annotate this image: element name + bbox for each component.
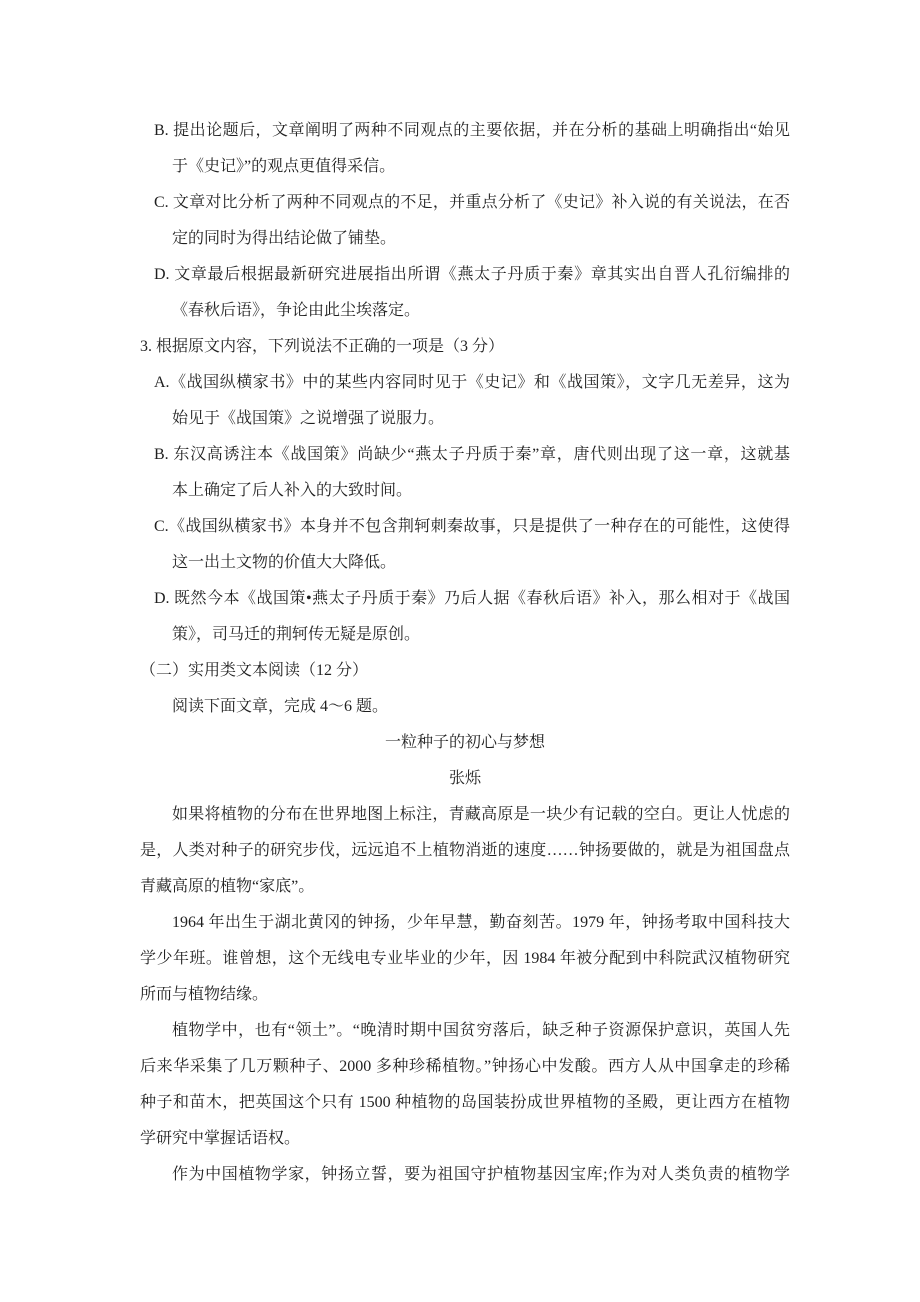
para-3-line-2: 后来华采集了几万颗种子、2000 多种珍稀植物。”钟扬心中发酸。西方人从中国拿走… <box>140 1049 790 1085</box>
option-2C-line2: 定的同时为得出结论做了铺垫。 <box>140 221 790 257</box>
article-author: 张烁 <box>140 761 790 797</box>
para-2-line-3: 所而与植物结缘。 <box>140 977 790 1013</box>
para-3-line-3: 种子和苗木，把英国这个只有 1500 种植物的岛国装扮成世界植物的圣殿，更让西方… <box>140 1085 790 1121</box>
option-2B-line2: 于《史记》”的观点更值得采信。 <box>140 149 790 185</box>
exam-page: B. 提出论题后，文章阐明了两种不同观点的主要依据，并在分析的基础上明确指出“始… <box>0 0 920 1302</box>
exam-text-block: B. 提出论题后，文章阐明了两种不同观点的主要依据，并在分析的基础上明确指出“始… <box>140 113 790 1193</box>
option-3C-line1: C.《战国纵横家书》本身并不包含荆轲刺秦故事，只是提供了一种存在的可能性，这使得 <box>140 509 790 545</box>
para-1-line-3: 青藏高原的植物“家底”。 <box>140 869 790 905</box>
para-2-line-1: 1964 年出生于湖北黄冈的钟扬，少年早慧，勤奋刻苦。1979 年，钟扬考取中国… <box>140 905 790 941</box>
para-3-line-1: 植物学中，也有“领土”。“晚清时期中国贫穷落后，缺乏种子资源保护意识，英国人先 <box>140 1013 790 1049</box>
section-heading: （二）实用类文本阅读（12 分） <box>140 653 790 689</box>
article-title: 一粒种子的初心与梦想 <box>140 725 790 761</box>
option-3C-line2: 这一出土文物的价值大大降低。 <box>140 545 790 581</box>
para-1-line-1: 如果将植物的分布在世界地图上标注，青藏高原是一块少有记载的空白。更让人忧虑的 <box>140 797 790 833</box>
option-3B-line1: B. 东汉高诱注本《战国策》尚缺少“燕太子丹质于秦”章，唐代则出现了这一章，这就… <box>140 437 790 473</box>
option-3D-line2: 策》，司马迁的荆轲传无疑是原创。 <box>140 617 790 653</box>
option-2C-line1: C. 文章对比分析了两种不同观点的不足，并重点分析了《史记》补入说的有关说法，在… <box>140 185 790 221</box>
option-2D-line1: D. 文章最后根据最新研究进展指出所谓《燕太子丹质于秦》章其实出自晋人孔衍编排的 <box>140 257 790 293</box>
option-2B-line1: B. 提出论题后，文章阐明了两种不同观点的主要依据，并在分析的基础上明确指出“始… <box>140 113 790 149</box>
para-3-line-4: 学研究中掌握话语权。 <box>140 1121 790 1157</box>
para-4-line-1: 作为中国植物学家，钟扬立誓，要为祖国守护植物基因宝库;作为对人类负责的植物学 <box>140 1157 790 1193</box>
para-2-line-2: 学少年班。谁曾想，这个无线电专业毕业的少年，因 1984 年被分配到中科院武汉植… <box>140 941 790 977</box>
option-3A-line1: A.《战国纵横家书》中的某些内容同时见于《史记》和《战国策》，文字几无差异，这为 <box>140 365 790 401</box>
question-3-stem: 3. 根据原文内容，下列说法不正确的一项是（3 分） <box>140 329 790 365</box>
para-1-line-2: 是，人类对种子的研究步伐，远远追不上植物消逝的速度……钟扬要做的，就是为祖国盘点 <box>140 833 790 869</box>
reading-instruction: 阅读下面文章，完成 4～6 题。 <box>140 689 790 725</box>
option-2D-line2: 《春秋后语》，争论由此尘埃落定。 <box>140 293 790 329</box>
option-3B-line2: 本上确定了后人补入的大致时间。 <box>140 473 790 509</box>
option-3D-line1: D. 既然今本《战国策•燕太子丹质于秦》乃后人据《春秋后语》补入，那么相对于《战… <box>140 581 790 617</box>
option-3A-line2: 始见于《战国策》之说增强了说服力。 <box>140 401 790 437</box>
